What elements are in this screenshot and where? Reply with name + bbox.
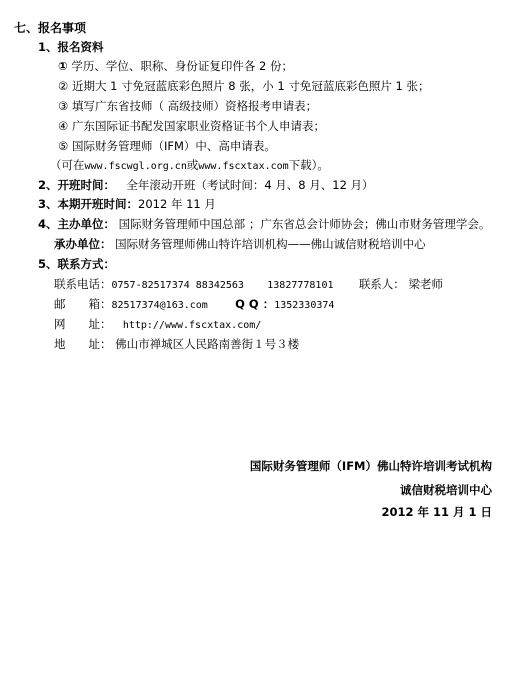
email-row: 邮 箱：82517374@163.com Q Q ：1352330374	[54, 297, 334, 313]
list-item: ③ 填写广东省技师（ 高级技师）资格报考申请表；	[58, 99, 317, 114]
contact-label: 5、联系方式：	[38, 257, 115, 272]
organizer-row: 4、主办单位： 国际财务管理师中国总部 ；广东省总会计师协会；佛山市财务管理学会…	[38, 217, 490, 232]
note-prefix: （可在	[50, 158, 85, 172]
organizer-label: 4、主办单位：	[38, 217, 115, 231]
contact-person: 梁老师	[408, 277, 443, 291]
current-class-label: 3、本期开班时间：	[38, 197, 138, 211]
current-class-row: 3、本期开班时间：2012 年 11 月	[38, 197, 216, 212]
co-organizer-row: 承办单位： 国际财务管理师佛山特许培训机构——佛山诚信财税培训中心	[54, 237, 426, 252]
co-organizer-label: 承办单位：	[54, 237, 112, 251]
class-time-value: 全年滚动开班（考试时间：4 月、8 月、12 月）	[126, 178, 373, 192]
email-value[interactable]: 82517374@163.com	[112, 300, 208, 311]
phone-value: 0757-82517374 88342563	[112, 280, 244, 291]
web-label: 网 址：	[54, 317, 112, 331]
note-suffix: 下载）。	[289, 158, 329, 172]
list-marker: ⑤	[58, 139, 68, 153]
address-row: 地 址： 佛山市禅城区人民路南善街１号３楼	[54, 337, 299, 352]
download-note: （可在www.fscwgl.org.cn或www.fscxtax.com下载）。	[50, 158, 329, 174]
list-marker: ③	[58, 99, 68, 113]
web-link[interactable]: http://www.fscxtax.com/	[123, 320, 261, 331]
materials-label: 1、报名资料	[38, 40, 104, 55]
class-time-label: 2、开班时间：	[38, 178, 115, 192]
qq-label: Q Q ：	[235, 297, 274, 311]
mobile-value: 13827778101	[267, 280, 333, 291]
list-marker: ④	[58, 119, 68, 133]
email-label: 邮 箱：	[54, 297, 112, 311]
list-item: ④ 广东国际证书配发国家职业资格证书个人申请表；	[58, 119, 325, 134]
class-time-row: 2、开班时间： 全年滚动开班（考试时间：4 月、8 月、12 月）	[38, 178, 374, 193]
signature-date: 2012 年 11 月 1 日	[381, 505, 492, 520]
phone-label: 联系电话：	[54, 277, 112, 291]
list-item: ① 学历、学位、职称、身份证复印件各 2 份；	[58, 59, 293, 74]
web-row: 网 址： http://www.fscxtax.com/	[54, 317, 261, 333]
list-text: 国际财务管理师（IFM）中、高申请表。	[72, 139, 276, 153]
co-organizer-value: 国际财务管理师佛山特许培训机构——佛山诚信财税培训中心	[115, 237, 426, 251]
download-link-1[interactable]: www.fscwgl.org.cn	[85, 161, 187, 172]
signature-org: 国际财务管理师（IFM）佛山特许培训考试机构	[250, 459, 492, 474]
section-heading: 七、报名事项	[14, 21, 86, 36]
list-text: 近期大 1 寸免冠蓝底彩色照片 8 张，小 1 寸免冠蓝底彩色照片 1 张；	[72, 79, 430, 93]
address-value: 佛山市禅城区人民路南善街１号３楼	[115, 337, 299, 351]
list-text: 学历、学位、职称、身份证复印件各 2 份；	[71, 59, 293, 73]
organizer-value: 国际财务管理师中国总部 ；广东省总会计师协会；佛山市财务管理学会。	[119, 217, 491, 231]
current-class-value: 2012 年 11 月	[138, 197, 216, 211]
download-link-2[interactable]: www.fscxtax.com	[198, 161, 288, 172]
qq-value: 1352330374	[274, 300, 334, 311]
contact-person-label: 联系人：	[359, 277, 405, 291]
list-text: 填写广东省技师（ 高级技师）资格报考申请表；	[72, 99, 317, 113]
list-marker: ②	[58, 79, 68, 93]
address-label: 地 址：	[54, 337, 112, 351]
note-or: 或	[187, 158, 199, 172]
phone-row: 联系电话：0757-82517374 88342563 13827778101 …	[54, 277, 443, 293]
signature-center: 诚信财税培训中心	[400, 483, 492, 498]
list-item: ② 近期大 1 寸免冠蓝底彩色照片 8 张，小 1 寸免冠蓝底彩色照片 1 张；	[58, 79, 429, 94]
list-marker: ①	[58, 59, 68, 73]
list-text: 广东国际证书配发国家职业资格证书个人申请表；	[72, 119, 325, 133]
list-item: ⑤ 国际财务管理师（IFM）中、高申请表。	[58, 139, 276, 154]
